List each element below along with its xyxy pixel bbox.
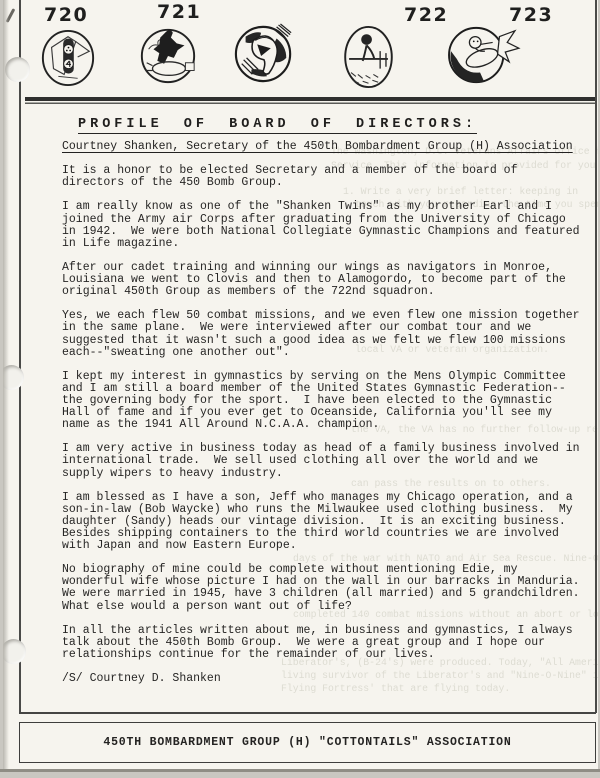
article-paragraph: I am very active in business today as he… (62, 443, 592, 479)
scan-edge-shadow (3, 0, 9, 770)
article-paragraph: I kept my interest in gymnastics by serv… (62, 371, 592, 431)
paper-sheet: The Washington, D.C. Veterans Affairs of… (3, 0, 598, 770)
scanned-newsletter-page: { "header": { "squadron_numbers": ["720"… (0, 0, 600, 778)
article-paragraph: In all the articles written about me, in… (62, 625, 592, 661)
squadron-720-emblem-icon (39, 27, 97, 89)
article-paragraph: I am blessed as I have a son, Jeff who m… (62, 492, 592, 552)
header-divider-rule (25, 97, 595, 105)
article-paragraph: No biography of mine could be complete w… (62, 564, 592, 612)
signature-line: /S/ Courtney D. Shanken (62, 673, 592, 685)
article-paragraph: After our cadet training and winning our… (62, 262, 592, 298)
right-margin-rule (595, 0, 597, 713)
squadron-721-emblem-icon (137, 23, 199, 87)
body-bottom-rule (19, 712, 596, 714)
article-paragraph: Yes, we each flew 50 combat missions, an… (62, 310, 592, 358)
article-paragraph: I am really know as one of the "Shanken … (62, 201, 592, 249)
article-body: PROFILE OF BOARD OF DIRECTORS: Courtney … (62, 119, 592, 685)
group-knight-globe-emblem-icon (232, 23, 296, 85)
footer-banner: 450TH BOMBARDMENT GROUP (H) "COTTONTAILS… (19, 722, 596, 763)
page-bottom-edge (0, 769, 600, 772)
article-subheading: Courtney Shanken, Secretary of the 450th… (62, 141, 592, 153)
article-heading: PROFILE OF BOARD OF DIRECTORS: (78, 119, 477, 134)
footer-title: 450TH BOMBARDMENT GROUP (H) "COTTONTAILS… (103, 736, 511, 749)
squadron-number-722: 722 (404, 4, 448, 26)
squadron-number-721: 721 (157, 1, 201, 23)
article-paragraph: It is a honor to be elected Secretary an… (62, 165, 592, 189)
squadron-number-720: 720 (44, 4, 88, 26)
squadron-723-emblem-icon (443, 23, 521, 87)
left-margin-rule (19, 0, 21, 713)
squadron-722-emblem-icon (341, 24, 396, 90)
